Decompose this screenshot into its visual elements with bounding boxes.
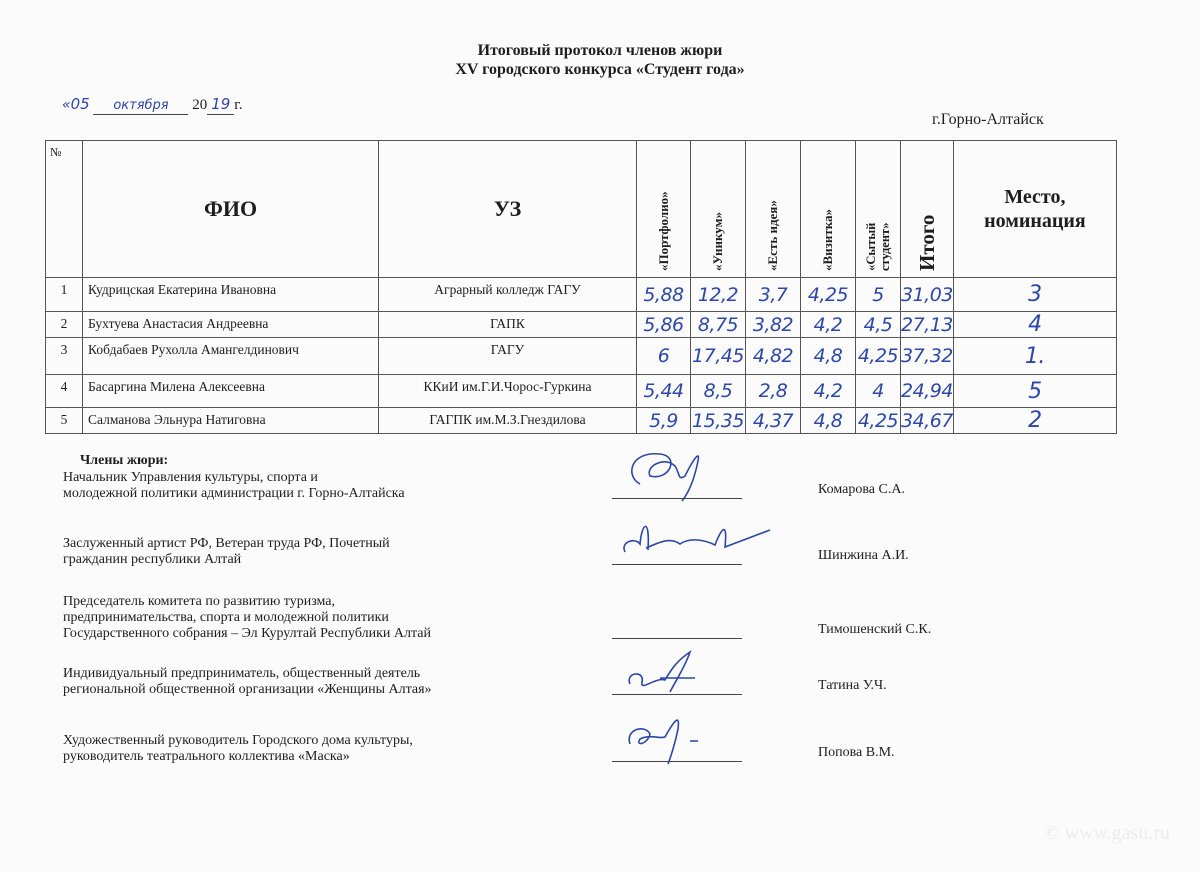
header-sytyi-student: «Сытыйстудент»: [856, 141, 901, 278]
cell-portfolio: 5,88: [637, 278, 691, 312]
document-city: г.Горно-Алтайск: [932, 111, 1044, 129]
table-row: 5Салманова Эльнура НатиговнаГАГПК им.М.З…: [46, 408, 1117, 434]
cell-place: 5: [953, 375, 1116, 408]
cell-uz: ГАГПК им.М.З.Гнездилова: [379, 408, 637, 434]
header-vizitka: «Визитка»: [801, 141, 856, 278]
cell-place: 4: [953, 312, 1116, 338]
cell-itogo: 37,32: [901, 338, 954, 375]
cell-vizitka: 4,25: [801, 278, 856, 312]
table-header-row: № ФИО УЗ «Портфолио» «Уникум» «Есть идея…: [46, 141, 1117, 278]
signature-line: [612, 498, 742, 499]
jury-name: Татина У.Ч.: [818, 678, 887, 694]
jury-position: Начальник Управления культуры, спорта и …: [63, 470, 405, 502]
cell-num: 1: [46, 278, 83, 312]
jury-name: Тимошенский С.К.: [818, 622, 931, 638]
signature-line: [612, 761, 742, 762]
cell-est-ideya: 2,8: [746, 375, 801, 408]
cell-est-ideya: 3,7: [746, 278, 801, 312]
cell-num: 5: [46, 408, 83, 434]
signature-line: [612, 564, 742, 565]
jury-position: Председатель комитета по развитию туризм…: [63, 594, 431, 642]
jury-name: Попова В.М.: [818, 745, 895, 761]
cell-vizitka: 4,2: [801, 375, 856, 408]
header-uz: УЗ: [379, 141, 637, 278]
cell-est-ideya: 3,82: [746, 312, 801, 338]
cell-vizitka: 4,8: [801, 338, 856, 375]
cell-sytyi: 4,25: [856, 338, 901, 375]
cell-fio: Салманова Эльнура Натиговна: [83, 408, 379, 434]
cell-itogo: 24,94: [901, 375, 954, 408]
header-itogo: Итого: [901, 141, 954, 278]
jury-position: Заслуженный артист РФ, Ветеран труда РФ,…: [63, 536, 390, 568]
cell-portfolio: 5,86: [637, 312, 691, 338]
table-row: 4Басаргина Милена АлексеевнаККиИ им.Г.И.…: [46, 375, 1117, 408]
jury-position: Художественный руководитель Городского д…: [63, 733, 413, 765]
date-year-suffix: 19: [211, 95, 230, 113]
header-fio: ФИО: [83, 141, 379, 278]
cell-place: 2: [953, 408, 1116, 434]
cell-unikum: 15,35: [691, 408, 746, 434]
signature-icon: [620, 709, 780, 769]
date-open-quote: «: [62, 97, 71, 113]
cell-sytyi: 4,5: [856, 312, 901, 338]
header-num: №: [46, 141, 83, 278]
cell-uz: ГАГУ: [379, 338, 637, 375]
results-table: № ФИО УЗ «Портфолио» «Уникум» «Есть идея…: [45, 140, 1117, 434]
cell-itogo: 34,67: [901, 408, 954, 434]
jury-position: Индивидуальный предприниматель, обществе…: [63, 666, 432, 698]
cell-itogo: 31,03: [901, 278, 954, 312]
signature-icon: [620, 642, 780, 702]
document-title-line2: XV городского конкурса «Студент года»: [0, 60, 1200, 79]
cell-num: 4: [46, 375, 83, 408]
header-unikum: «Уникум»: [691, 141, 746, 278]
cell-place: 3: [953, 278, 1116, 312]
jury-heading: Члены жюри:: [80, 453, 168, 469]
cell-place: 1.: [953, 338, 1116, 375]
cell-portfolio: 5,44: [637, 375, 691, 408]
cell-fio: Бухтуева Анастасия Андреевна: [83, 312, 379, 338]
jury-name: Шинжина А.И.: [818, 548, 909, 564]
cell-vizitka: 4,8: [801, 408, 856, 434]
cell-itogo: 27,13: [901, 312, 954, 338]
cell-num: 2: [46, 312, 83, 338]
cell-fio: Кудрицская Екатерина Ивановна: [83, 278, 379, 312]
cell-fio: Кобдабаев Рухолла Амангелдинович: [83, 338, 379, 375]
cell-uz: ККиИ им.Г.И.Чорос-Гуркина: [379, 375, 637, 408]
table-row: 3Кобдабаев Рухолла АмангелдиновичГАГУ617…: [46, 338, 1117, 375]
cell-uz: Аграрный колледж ГАГУ: [379, 278, 637, 312]
table-row: 1Кудрицская Екатерина ИвановнаАграрный к…: [46, 278, 1117, 312]
signature-icon: [620, 512, 780, 572]
signature-icon: [620, 446, 780, 506]
table-row: 2Бухтуева Анастасия АндреевнаГАПК5,868,7…: [46, 312, 1117, 338]
cell-sytyi: 4,25: [856, 408, 901, 434]
watermark: © www.gasu.ru: [1044, 822, 1170, 845]
cell-portfolio: 6: [637, 338, 691, 375]
document-date: «05 октября 2019г.: [62, 95, 282, 119]
cell-unikum: 12,2: [691, 278, 746, 312]
cell-unikum: 8,75: [691, 312, 746, 338]
cell-uz: ГАПК: [379, 312, 637, 338]
cell-est-ideya: 4,37: [746, 408, 801, 434]
cell-num: 3: [46, 338, 83, 375]
date-day: 05: [71, 95, 90, 113]
date-year-end: г.: [234, 97, 242, 113]
date-year-prefix: 20: [192, 97, 207, 113]
header-portfolio: «Портфолио»: [637, 141, 691, 278]
jury-name: Комарова С.А.: [818, 482, 905, 498]
cell-portfolio: 5,9: [637, 408, 691, 434]
signature-line: [612, 638, 742, 639]
cell-est-ideya: 4,82: [746, 338, 801, 375]
cell-vizitka: 4,2: [801, 312, 856, 338]
cell-unikum: 17,45: [691, 338, 746, 375]
document-title-line1: Итоговый протокол членов жюри: [0, 41, 1200, 60]
cell-unikum: 8,5: [691, 375, 746, 408]
header-est-ideya: «Есть идея»: [746, 141, 801, 278]
cell-sytyi: 5: [856, 278, 901, 312]
cell-sytyi: 4: [856, 375, 901, 408]
cell-fio: Басаргина Милена Алексеевна: [83, 375, 379, 408]
header-place: Место,номинация: [953, 141, 1116, 278]
signature-line: [612, 694, 742, 695]
date-month: октября: [113, 98, 168, 113]
